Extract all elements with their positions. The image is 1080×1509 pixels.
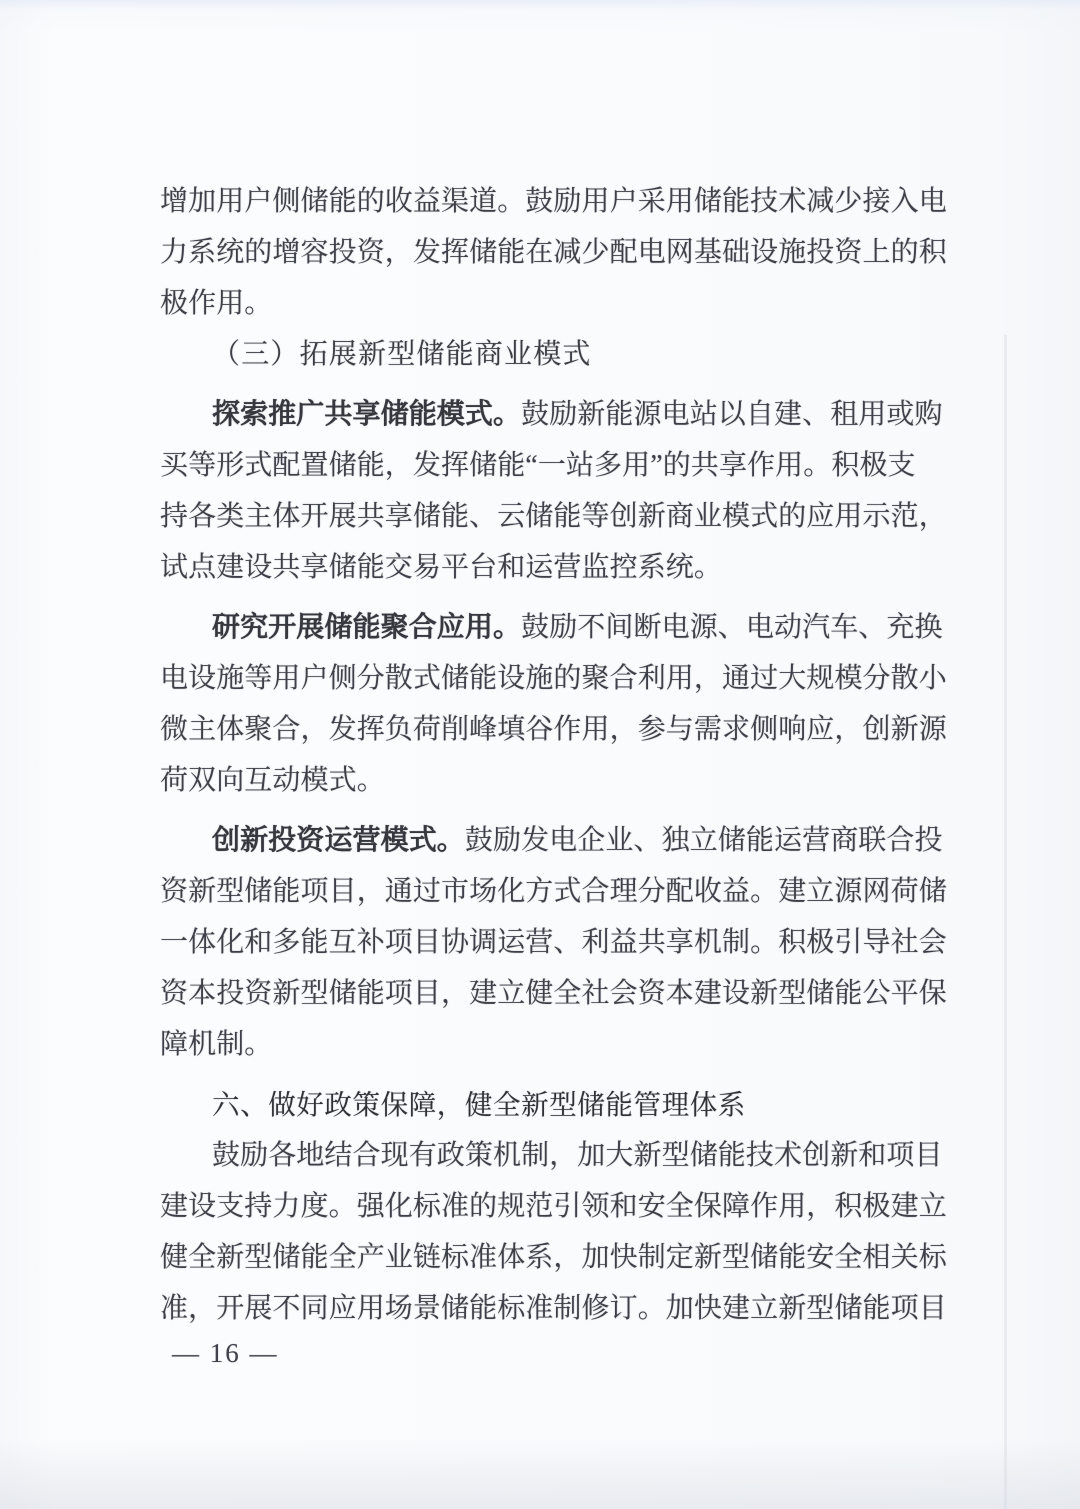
document-page: 增加用户侧储能的收益渠道。鼓励用户采用储能技术减少接入电力系统的增容投资，发挥储…	[0, 0, 1080, 1509]
text-line: 障机制。	[160, 1019, 960, 1070]
text-segment: 资新型储能项目，通过市场化方式合理分配收益。建立源网荷储	[160, 876, 947, 907]
text-line: 微主体聚合，发挥负荷削峰填谷作用，参与需求侧响应，创新源	[160, 704, 960, 755]
text-segment: 资本投资新型储能项目，建立健全社会资本建设新型储能公平保	[160, 978, 947, 1009]
text-line: 准，开展不同应用场景储能标准制修订。加快建立新型储能项目	[160, 1283, 960, 1334]
text-segment: 试点建设共享储能交易平台和运营监控系统。	[160, 552, 722, 583]
paragraph-lead-text: 研究开展储能聚合应用。	[212, 612, 521, 643]
text-segment: 障机制。	[160, 1029, 272, 1060]
text-segment: 健全新型储能全产业链标准体系，加快制定新型储能安全相关标	[160, 1242, 947, 1273]
text-segment: （三）拓展新型储能商业模式	[212, 339, 592, 370]
subsection-heading: （三）拓展新型储能商业模式	[160, 329, 960, 380]
scan-artifact-line	[1004, 335, 1007, 1509]
text-line: 荷双向互动模式。	[160, 755, 960, 806]
text-segment: 六、做好政策保障，健全新型储能管理体系	[212, 1089, 746, 1120]
scan-bottom-shading	[0, 1439, 1080, 1509]
text-line: 增加用户侧储能的收益渠道。鼓励用户采用储能技术减少接入电	[160, 176, 960, 227]
text-segment: 鼓励不间断电源、电动汽车、充换	[521, 612, 943, 643]
text-line: 鼓励各地结合现有政策机制，加大新型储能技术创新和项目	[160, 1130, 960, 1181]
text-segment: 准，开展不同应用场景储能标准制修订。加快建立新型储能项目	[160, 1293, 947, 1324]
text-line: 研究开展储能聚合应用。鼓励不间断电源、电动汽车、充换	[160, 602, 960, 653]
text-line: 资本投资新型储能项目，建立健全社会资本建设新型储能公平保	[160, 968, 960, 1019]
paragraph-lead-text: 探索推广共享储能模式。	[212, 399, 521, 430]
text-segment: 微主体聚合，发挥负荷削峰填谷作用，参与需求侧响应，创新源	[160, 714, 947, 745]
text-line: 一体化和多能互补项目协调运营、利益共享机制。积极引导社会	[160, 917, 960, 968]
text-segment: 力系统的增容投资，发挥储能在减少配电网基础设施投资上的积	[160, 237, 947, 268]
text-line: 极作用。	[160, 278, 960, 329]
text-line: 资新型储能项目，通过市场化方式合理分配收益。建立源网荷储	[160, 866, 960, 917]
text-line: 创新投资运营模式。鼓励发电企业、独立储能运营商联合投	[160, 815, 960, 866]
text-line: 建设支持力度。强化标准的规范引领和安全保障作用，积极建立	[160, 1181, 960, 1232]
text-block: 增加用户侧储能的收益渠道。鼓励用户采用储能技术减少接入电力系统的增容投资，发挥储…	[160, 176, 960, 1334]
text-segment: 鼓励发电企业、独立储能运营商联合投	[465, 825, 943, 856]
text-line: 持各类主体开展共享储能、云储能等创新商业模式的应用示范，	[160, 491, 960, 542]
text-segment: 买等形式配置储能，发挥储能“一站多用”的共享作用。积极支	[160, 450, 916, 481]
text-line: 力系统的增容投资，发挥储能在减少配电网基础设施投资上的积	[160, 227, 960, 278]
page-number: — 16 —	[172, 1337, 279, 1369]
text-line: 健全新型储能全产业链标准体系，加快制定新型储能安全相关标	[160, 1232, 960, 1283]
text-line: 买等形式配置储能，发挥储能“一站多用”的共享作用。积极支	[160, 440, 960, 491]
text-line: 探索推广共享储能模式。鼓励新能源电站以自建、租用或购	[160, 389, 960, 440]
text-segment: 增加用户侧储能的收益渠道。鼓励用户采用储能技术减少接入电	[160, 186, 947, 217]
text-segment: 鼓励各地结合现有政策机制，加大新型储能技术创新和项目	[212, 1140, 943, 1171]
text-segment: 一体化和多能互补项目协调运营、利益共享机制。积极引导社会	[160, 927, 947, 958]
text-segment: 建设支持力度。强化标准的规范引领和安全保障作用，积极建立	[160, 1191, 947, 1222]
paragraph-lead-text: 创新投资运营模式。	[212, 825, 465, 856]
text-line: 试点建设共享储能交易平台和运营监控系统。	[160, 542, 960, 593]
text-segment: 电设施等用户侧分散式储能设施的聚合利用，通过大规模分散小	[160, 663, 947, 694]
section-heading: 六、做好政策保障，健全新型储能管理体系	[160, 1079, 960, 1130]
text-line: 电设施等用户侧分散式储能设施的聚合利用，通过大规模分散小	[160, 653, 960, 704]
text-segment: 鼓励新能源电站以自建、租用或购	[521, 399, 943, 430]
text-segment: 荷双向互动模式。	[160, 765, 385, 796]
text-segment: 持各类主体开展共享储能、云储能等创新商业模式的应用示范，	[160, 501, 947, 532]
text-segment: 极作用。	[160, 288, 272, 319]
